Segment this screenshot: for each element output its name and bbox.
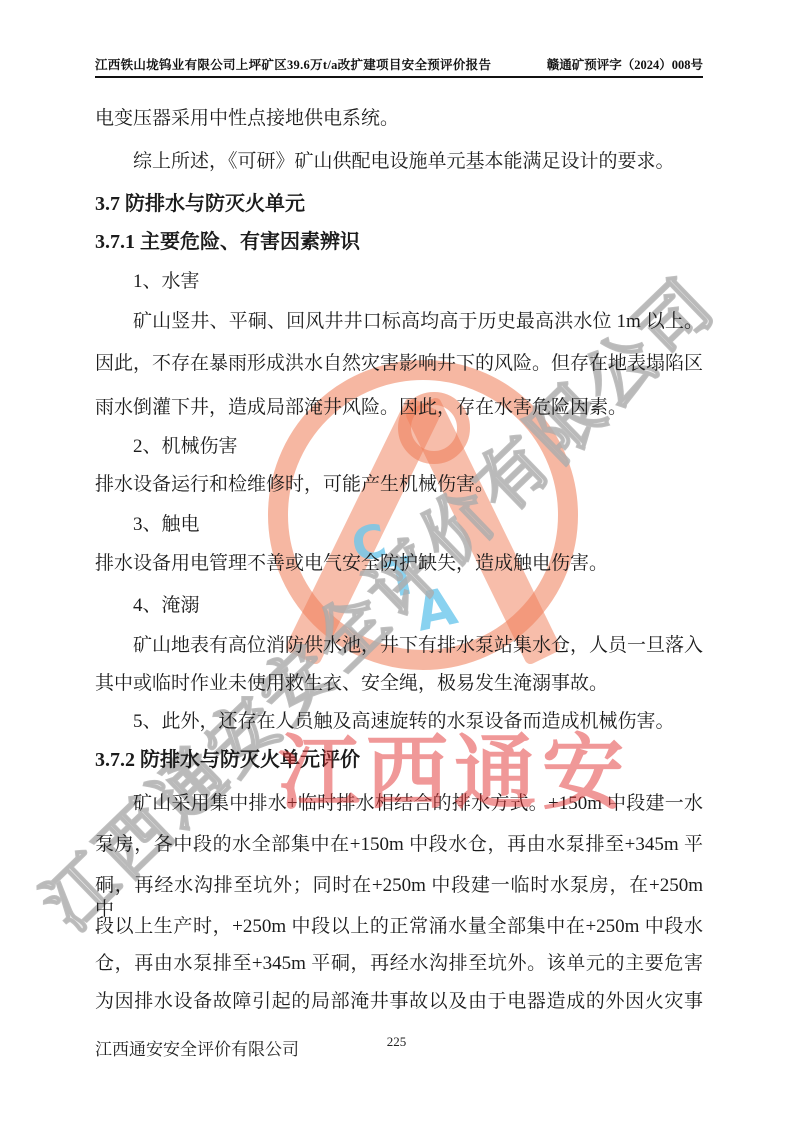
section-heading: 3.7.1 主要危险、有害因素辨识: [95, 230, 703, 254]
text-line: 矿山竖井、平硐、回风井井口标高均高于历史最高洪水位 1m 以上。: [95, 310, 703, 334]
text-line: 其中或临时作业未使用救生衣、安全绳，极易发生淹溺事故。: [95, 672, 703, 696]
red-brand-watermark: 江西通安: [278, 708, 630, 825]
text-line: 矿山地表有高位消防供水池，井下有排水泵站集水仓，人员一旦落入: [95, 634, 703, 658]
text-line: 段以上生产时，+250m 中段以上的正常涌水量全部集中在+250m 中段水: [95, 915, 703, 939]
text-line: 综上所述，《可研》矿山供配电设施单元基本能满足设计的要求。: [95, 150, 703, 174]
text-line: 2、机械伤害: [95, 435, 703, 459]
text-line: 雨水倒灌下井，造成局部淹井风险。因此，存在水害危险因素。: [95, 396, 703, 420]
text-line: 4、淹溺: [95, 594, 703, 618]
body-content: 电变压器采用中性点接地供电系统。 综上所述，《可研》矿山供配电设施单元基本能满足…: [95, 0, 703, 1122]
text-line: 因此，不存在暴雨形成洪水自然灾害影响井下的风险。但存在地表塌陷区: [95, 352, 703, 376]
text-line: 3、触电: [95, 513, 703, 537]
text-line: 泵房，各中段的水全部集中在+150m 中段水仓，再由水泵排至+345m 平: [95, 833, 703, 857]
text-line: 排水设备用电管理不善或电气安全防护缺失，造成触电伤害。: [95, 552, 703, 576]
text-line: 仓，再由水泵排至+345m 平硐，再经水沟排至坑外。该单元的主要危害: [95, 952, 703, 976]
text-line: 排水设备运行和检维修时，可能产生机械伤害。: [95, 473, 703, 497]
text-line: 1、水害: [95, 270, 703, 294]
section-heading: 3.7 防排水与防灭火单元: [95, 192, 703, 216]
document-page: C T A 江西通安安全评价有限公司 江西通安 江西铁山垅钨业有限公司上坪矿区3…: [0, 0, 793, 1122]
text-line: 为因排水设备故障引起的局部淹井事故以及由于电器造成的外因火灾事: [95, 990, 703, 1014]
page-number: 225: [0, 1034, 793, 1050]
text-line: 电变压器采用中性点接地供电系统。: [95, 107, 703, 131]
